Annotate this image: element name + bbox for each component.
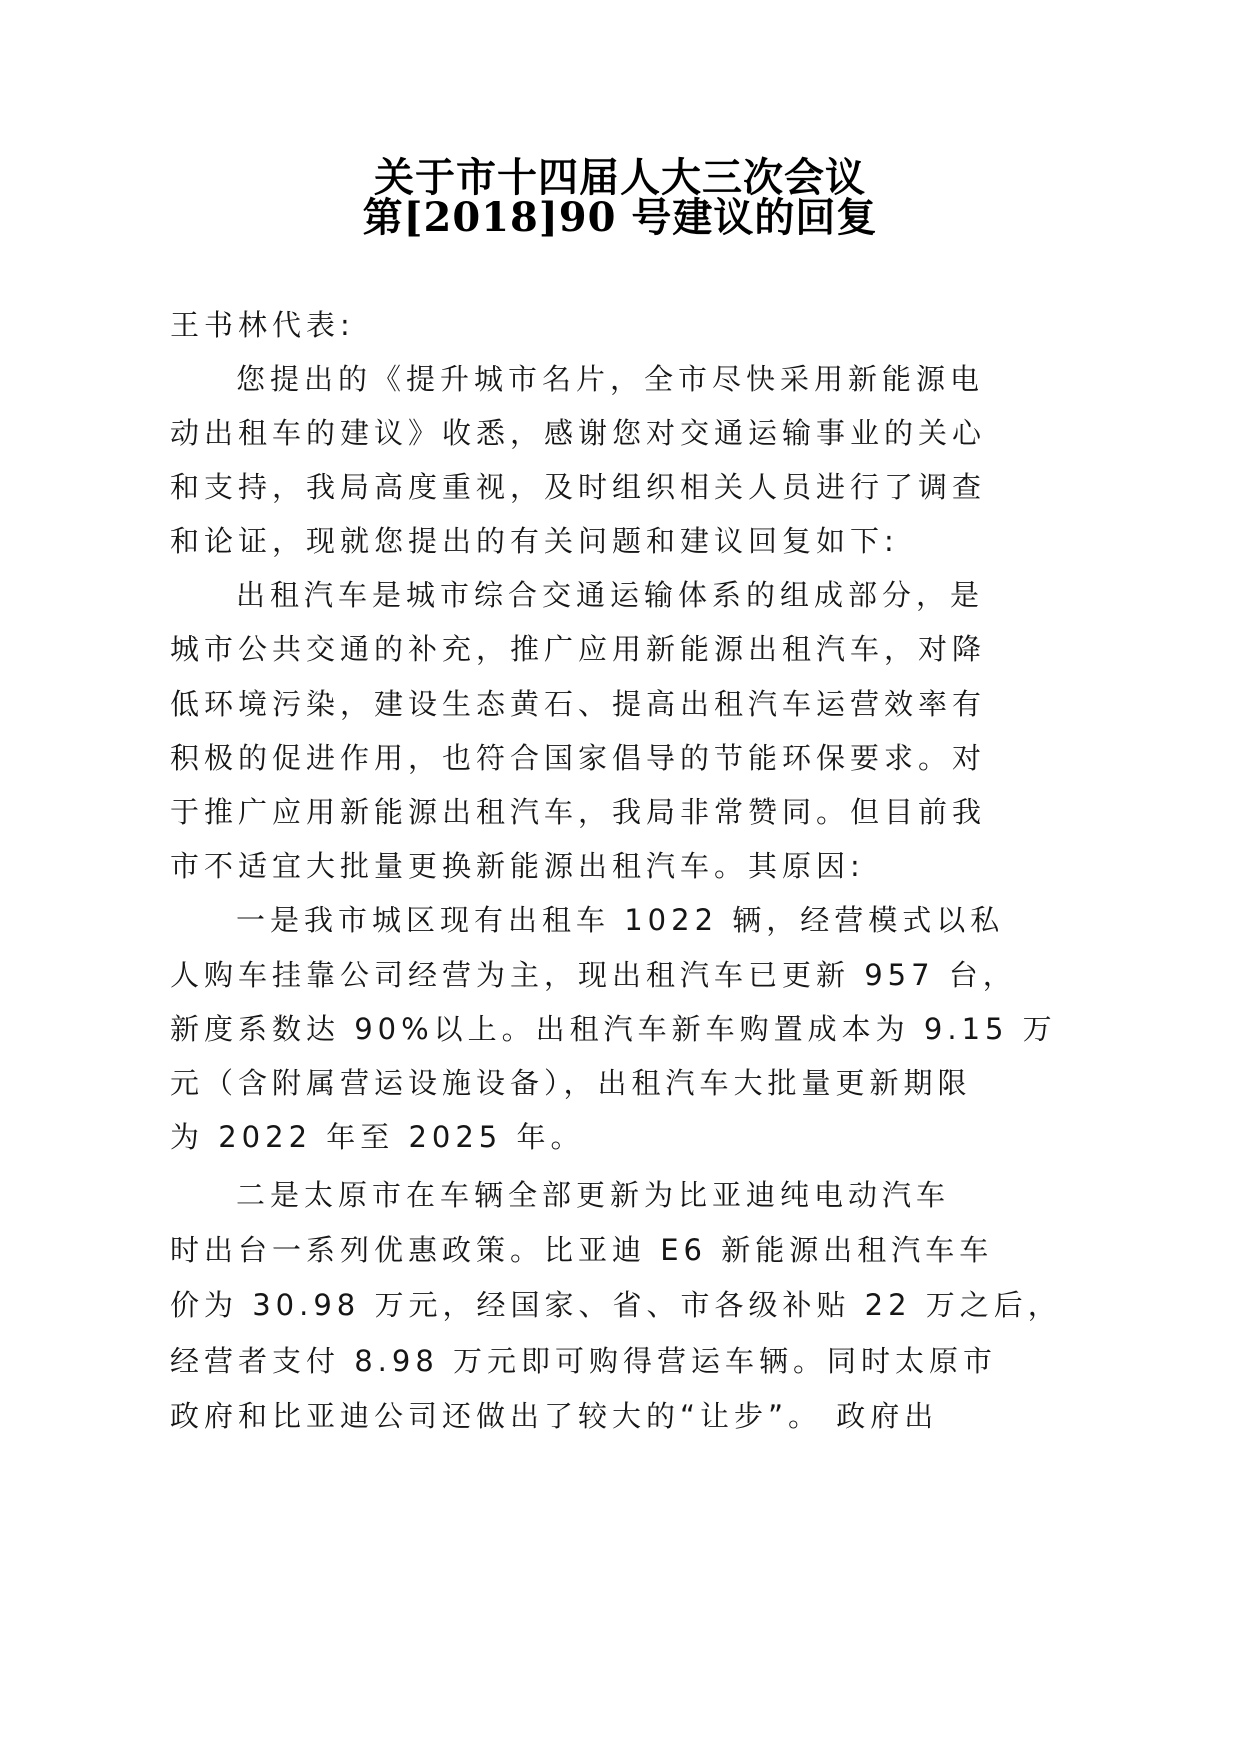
paragraph-line: 一是我市城区现有出租车 1022 辆，经营模式以私 [236,900,890,940]
paragraph-line: 于推广应用新能源出租汽车，我局非常赞同。但目前我 [170,792,890,832]
paragraph-line: 市不适宜大批量更换新能源出租汽车。其原因: [170,846,890,886]
paragraph-line: 时出台一系列优惠政策。比亚迪 E6 新能源出租汽车车 [170,1230,890,1270]
document-page: 关于市十四届人大三次会议 第[2018]90 号建议的回复 王书林代表: 您提出… [0,0,1240,1754]
paragraph-line: 政府和比亚迪公司还做出了较大的“让步”。 政府出 [170,1396,890,1436]
paragraph-line: 低环境污染，建设生态黄石、提高出租汽车运营效率有 [170,684,890,724]
paragraph-line: 和支持，我局高度重视，及时组织相关人员进行了调查 [170,467,890,507]
paragraph-line: 经营者支付 8.98 万元即可购得营运车辆。同时太原市 [170,1341,890,1381]
paragraph-line: 价为 30.98 万元，经国家、省、市各级补贴 22 万之后， [170,1285,890,1325]
paragraph-line: 二是太原市在车辆全部更新为比亚迪纯电动汽车 [236,1175,890,1215]
paragraph-line: 动出租车的建议》收悉，感谢您对交通运输事业的关心 [170,413,890,453]
paragraph-line: 新度系数达 90%以上。出租汽车新车购置成本为 9.15 万 [170,1009,890,1049]
paragraph-line: 出租汽车是城市综合交通运输体系的组成部分，是 [236,575,890,615]
paragraph-line: 您提出的《提升城市名片，全市尽快采用新能源电 [236,359,890,399]
paragraph-line: 为 2022 年至 2025 年。 [170,1117,890,1157]
paragraph-line: 和论证，现就您提出的有关问题和建议回复如下: [170,521,890,561]
paragraph-line: 元（含附属营运设施设备），出租汽车大批量更新期限 [170,1063,890,1103]
paragraph-line: 人购车挂靠公司经营为主，现出租汽车已更新 957 台， [170,955,890,995]
document-title-line-2: 第[2018]90 号建议的回复 [0,194,1240,242]
paragraph-line: 城市公共交通的补充，推广应用新能源出租汽车，对降 [170,629,890,669]
salutation: 王书林代表: [170,305,890,345]
paragraph-line: 积极的促进作用，也符合国家倡导的节能环保要求。对 [170,738,890,778]
